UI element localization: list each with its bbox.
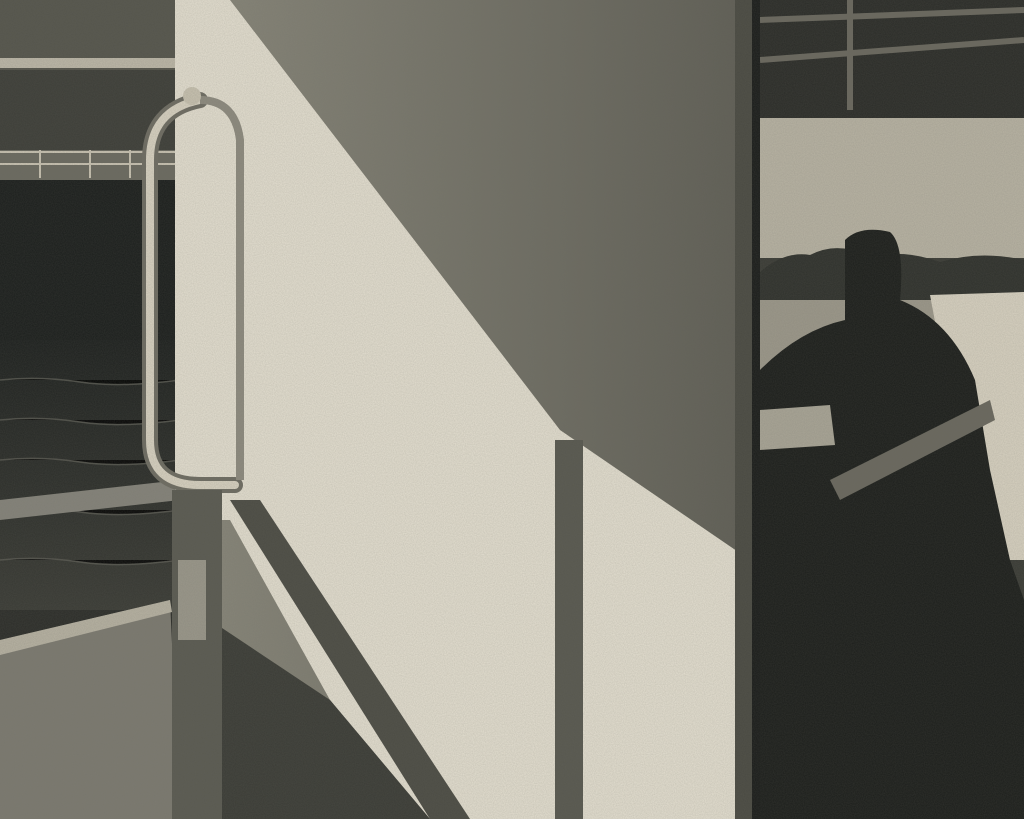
film-grain bbox=[0, 0, 1024, 819]
photo-scene bbox=[0, 0, 1024, 819]
photograph bbox=[0, 0, 1024, 819]
